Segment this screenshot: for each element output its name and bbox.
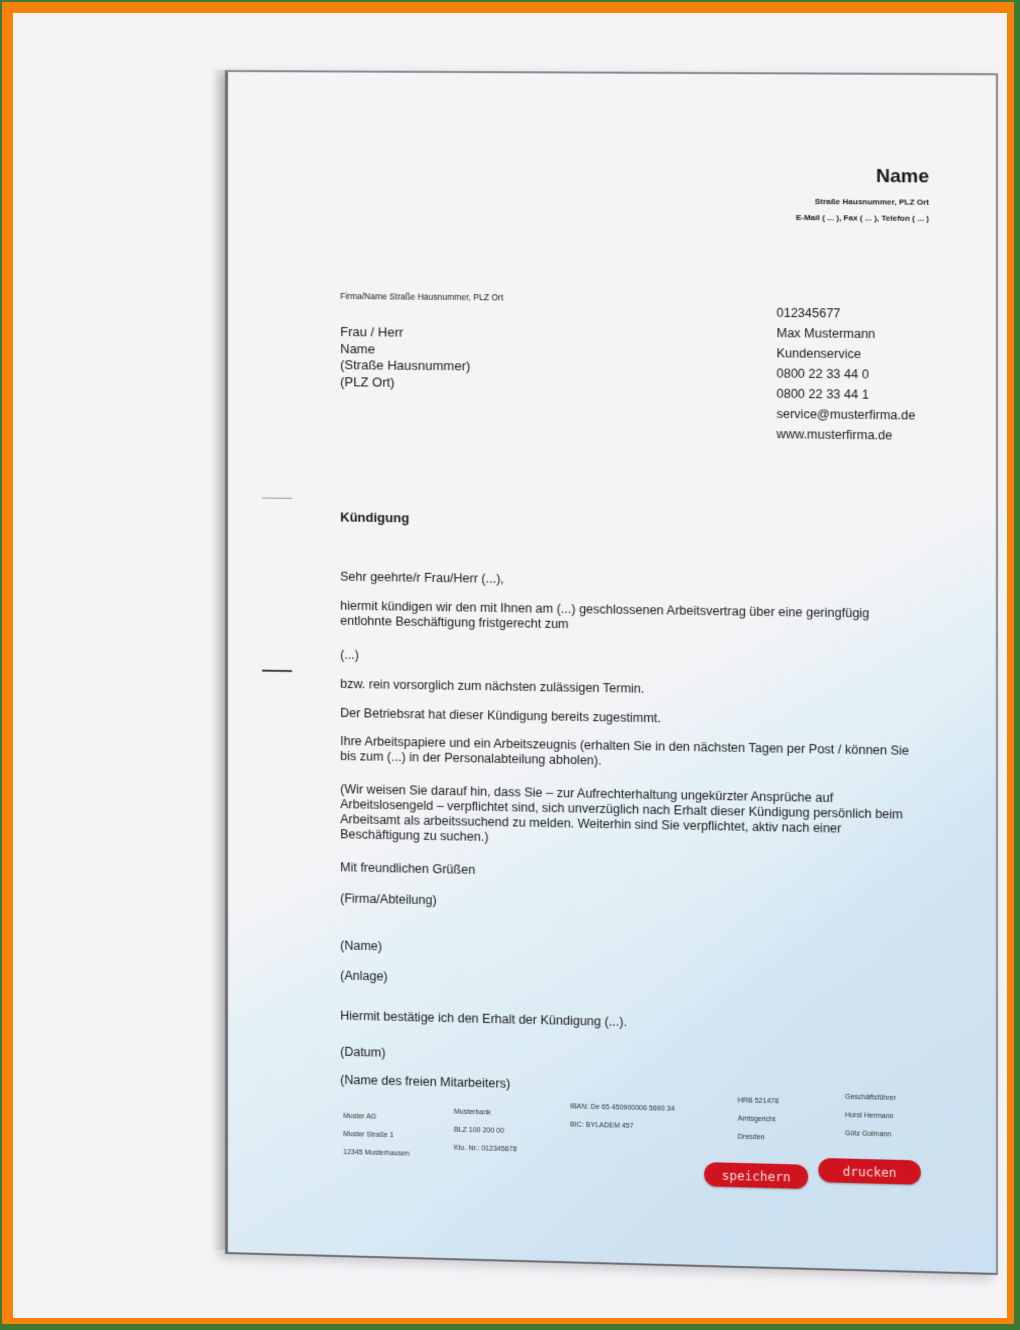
letter-paragraph-4: Ihre Arbeitspapiere und ein Arbeitszeugn… — [340, 734, 913, 774]
contact-line: Max Mustermann — [777, 323, 916, 345]
letter-paragraph-5: (Wir weisen Sie darauf hin, dass Sie – z… — [340, 782, 908, 853]
letter-company: (Firma/Abteilung) — [340, 891, 908, 918]
footer-line: Dresden — [738, 1129, 779, 1148]
letter-paragraph-1: hiermit kündigen wir den mit Ihnen am (.… — [340, 599, 888, 637]
recipient-line: Name — [340, 341, 470, 359]
print-button[interactable]: drucken — [818, 1158, 920, 1185]
contact-line: 012345677 — [777, 303, 916, 324]
footer-iban: IBAN: De 65 450900006 5690 34 BIC: BYLAD… — [570, 1098, 675, 1137]
footer-line: Kto. Nr.: 012345678 — [454, 1140, 517, 1160]
footer-line: Musterbank — [454, 1104, 517, 1124]
contact-line: 0800 22 33 44 1 — [777, 384, 916, 406]
contact-line: Kundenservice — [777, 343, 916, 365]
letter-page: Name Straße Hausnummer, PLZ Ort E-Mail (… — [225, 70, 998, 1275]
letter-paragraph-3: Der Betriebsrat hat dieser Kündigung ber… — [340, 706, 908, 731]
footer-line: BLZ 100 200 00 — [454, 1122, 517, 1142]
footer-line: Muster AG — [343, 1108, 409, 1128]
sender-block: Name Straße Hausnummer, PLZ Ort E-Mail (… — [796, 165, 929, 227]
sender-address: Straße Hausnummer, PLZ Ort — [796, 194, 929, 211]
sender-contact: E-Mail ( ... ), Fax ( ... ), Telefon ( .… — [796, 210, 929, 227]
save-button[interactable]: speichern — [704, 1162, 808, 1189]
footer-line: Muster Straße 1 — [343, 1126, 409, 1146]
footer-register: HRB 521478 Amtsgericht Dresden — [738, 1092, 779, 1148]
footer-line: Geschäftsführer — [845, 1089, 896, 1108]
contact-block: 012345677 Max Mustermann Kundenservice 0… — [777, 303, 916, 446]
contact-website[interactable]: www.musterfirma.de — [777, 424, 916, 446]
footer-line: BIC: BYLADEM 457 — [570, 1116, 675, 1137]
sender-name: Name — [796, 165, 929, 188]
footer-line: Götz Golmann — [845, 1125, 896, 1144]
recipient-block: Frau / Herr Name (Straße Hausnummer) (PL… — [340, 324, 470, 392]
letter-confirmation: Hiermit bestätige ich den Erhalt der Kün… — [340, 1009, 908, 1037]
recipient-line: (PLZ Ort) — [340, 374, 470, 392]
footer-line: Horst Hermann — [845, 1107, 896, 1126]
letter-signer-name: (Name) — [340, 938, 908, 965]
return-address: Firma/Name Straße Hausnummer, PLZ Ort — [340, 291, 503, 302]
recipient-line: Frau / Herr — [340, 324, 470, 342]
page-shadow — [212, 70, 226, 1250]
fold-mark — [262, 497, 292, 498]
footer-management: Geschäftsführer Horst Hermann Götz Golma… — [845, 1089, 896, 1145]
letter-closing: Mit freundlichen Grüßen — [340, 860, 908, 886]
contact-line: 0800 22 33 44 0 — [777, 363, 916, 385]
recipient-line: (Straße Hausnummer) — [340, 357, 470, 375]
letter-confirm-date: (Datum) — [340, 1045, 908, 1073]
letter-paragraph-2: bzw. rein vorsorglich zum nächsten zuläs… — [340, 677, 908, 701]
letter-salutation: Sehr geehrte/r Frau/Herr (...), — [340, 570, 908, 593]
letter-attachment: (Anlage) — [340, 968, 908, 995]
footer-company: Muster AG Muster Straße 1 12345 Musterha… — [343, 1108, 409, 1164]
letter-subject: Kündigung — [340, 509, 908, 531]
footer-line: Amtsgericht — [738, 1110, 779, 1129]
letter-date-placeholder: (...) — [340, 648, 908, 672]
footer-line: 12345 Musterhausen — [343, 1144, 409, 1164]
letter-employee-name: (Name des freien Mitarbeiters) — [340, 1073, 908, 1102]
footer-line: HRB 521478 — [738, 1092, 779, 1111]
contact-email[interactable]: service@musterfirma.de — [777, 404, 916, 426]
punch-mark — [262, 670, 292, 672]
footer-bank: Musterbank BLZ 100 200 00 Kto. Nr.: 0123… — [454, 1104, 517, 1160]
